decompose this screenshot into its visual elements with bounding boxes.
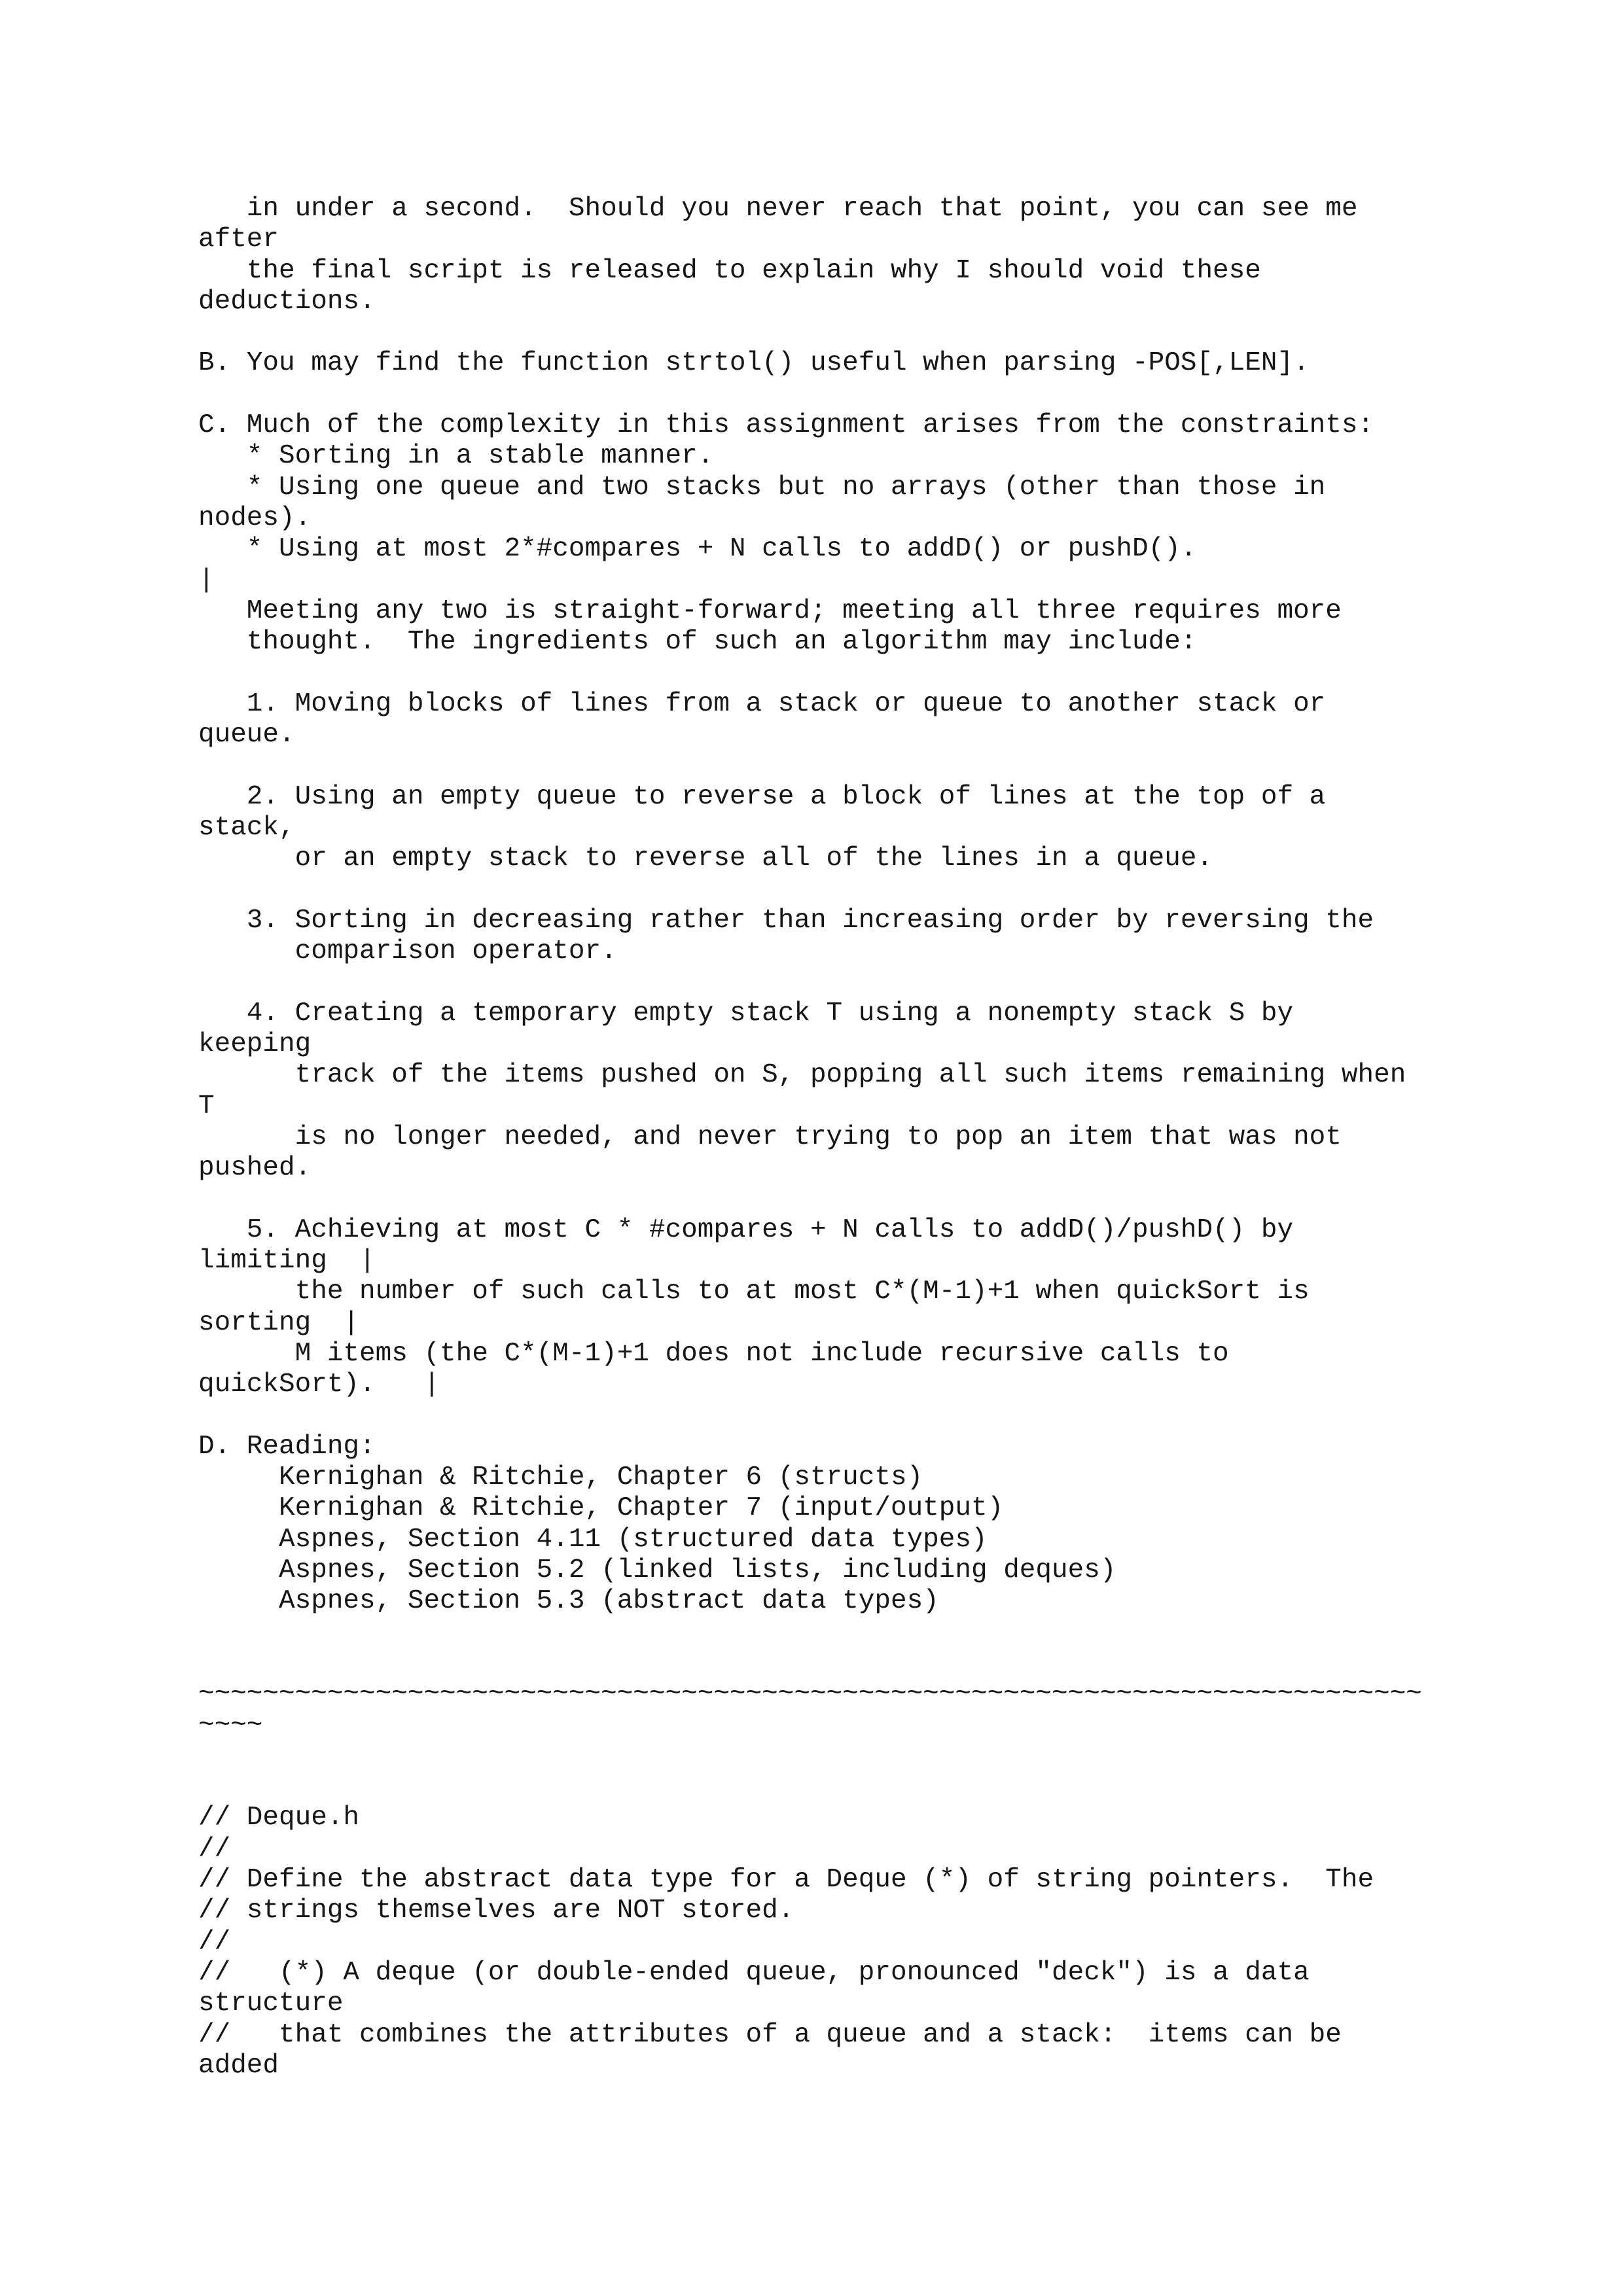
- text-line: [198, 317, 1422, 348]
- text-line: ~~~~: [198, 1710, 1422, 1741]
- text-line: after: [198, 224, 1422, 255]
- text-line: the number of such calls to at most C*(M…: [198, 1277, 1422, 1307]
- text-line: stack,: [198, 813, 1422, 843]
- text-line: B. You may find the function strtol() us…: [198, 348, 1422, 379]
- text-line: added: [198, 2051, 1422, 2081]
- text-line: // Deque.h: [198, 1803, 1422, 1833]
- text-line: // Define the abstract data type for a D…: [198, 1865, 1422, 1896]
- text-line: T: [198, 1091, 1422, 1122]
- text-line: is no longer needed, and never trying to…: [198, 1122, 1422, 1153]
- text-line: [198, 1401, 1422, 1432]
- text-line: [198, 751, 1422, 781]
- text-line: [198, 658, 1422, 688]
- text-line: D. Reading:: [198, 1432, 1422, 1462]
- text-line: [198, 1184, 1422, 1215]
- text-line: //: [198, 1927, 1422, 1958]
- text-line: track of the items pushed on S, popping …: [198, 1060, 1422, 1091]
- text-line: sorting |: [198, 1308, 1422, 1339]
- text-line: structure: [198, 1988, 1422, 2019]
- text-line: Aspnes, Section 5.3 (abstract data types…: [198, 1586, 1422, 1617]
- text-line: ~~~~~~~~~~~~~~~~~~~~~~~~~~~~~~~~~~~~~~~~…: [198, 1679, 1422, 1710]
- text-line: deductions.: [198, 287, 1422, 317]
- text-line: [198, 875, 1422, 906]
- text-line: quickSort). |: [198, 1369, 1422, 1400]
- text-line: Aspnes, Section 5.2 (linked lists, inclu…: [198, 1555, 1422, 1586]
- text-line: [198, 967, 1422, 998]
- text-line: |: [198, 565, 1422, 596]
- text-line: [198, 1617, 1422, 1648]
- text-line: nodes).: [198, 503, 1422, 534]
- text-line: //: [198, 1834, 1422, 1865]
- text-line: pushed.: [198, 1153, 1422, 1184]
- text-line: * Sorting in a stable manner.: [198, 441, 1422, 472]
- text-line: * Using one queue and two stacks but no …: [198, 472, 1422, 503]
- text-line: [198, 1772, 1422, 1803]
- text-line: thought. The ingredients of such an algo…: [198, 627, 1422, 658]
- text-line: [198, 1648, 1422, 1679]
- text-line: // strings themselves are NOT stored.: [198, 1896, 1422, 1926]
- text-line: or an empty stack to reverse all of the …: [198, 843, 1422, 874]
- text-line: limiting |: [198, 1246, 1422, 1277]
- text-line: // that combines the attributes of a que…: [198, 2020, 1422, 2051]
- text-line: keeping: [198, 1029, 1422, 1060]
- text-line: the final script is released to explain …: [198, 256, 1422, 287]
- text-line: * Using at most 2*#compares + N calls to…: [198, 534, 1422, 565]
- text-line: in under a second. Should you never reac…: [198, 194, 1422, 224]
- text-line: // (*) A deque (or double-ended queue, p…: [198, 1958, 1422, 1988]
- text-line: 5. Achieving at most C * #compares + N c…: [198, 1215, 1422, 1246]
- text-line: M items (the C*(M-1)+1 does not include …: [198, 1339, 1422, 1369]
- text-line: Aspnes, Section 4.11 (structured data ty…: [198, 1525, 1422, 1555]
- text-line: Meeting any two is straight-forward; mee…: [198, 596, 1422, 627]
- text-line: [198, 380, 1422, 410]
- text-line: [198, 1741, 1422, 1772]
- document-text: in under a second. Should you never reac…: [198, 194, 1422, 2081]
- text-line: 1. Moving blocks of lines from a stack o…: [198, 689, 1422, 720]
- text-line: Kernighan & Ritchie, Chapter 6 (structs): [198, 1462, 1422, 1493]
- text-line: 3. Sorting in decreasing rather than inc…: [198, 906, 1422, 936]
- text-line: comparison operator.: [198, 936, 1422, 967]
- document-page: in under a second. Should you never reac…: [0, 0, 1623, 2296]
- text-line: 2. Using an empty queue to reverse a blo…: [198, 782, 1422, 813]
- text-line: queue.: [198, 720, 1422, 751]
- text-line: Kernighan & Ritchie, Chapter 7 (input/ou…: [198, 1493, 1422, 1524]
- text-line: C. Much of the complexity in this assign…: [198, 410, 1422, 441]
- text-line: 4. Creating a temporary empty stack T us…: [198, 998, 1422, 1029]
